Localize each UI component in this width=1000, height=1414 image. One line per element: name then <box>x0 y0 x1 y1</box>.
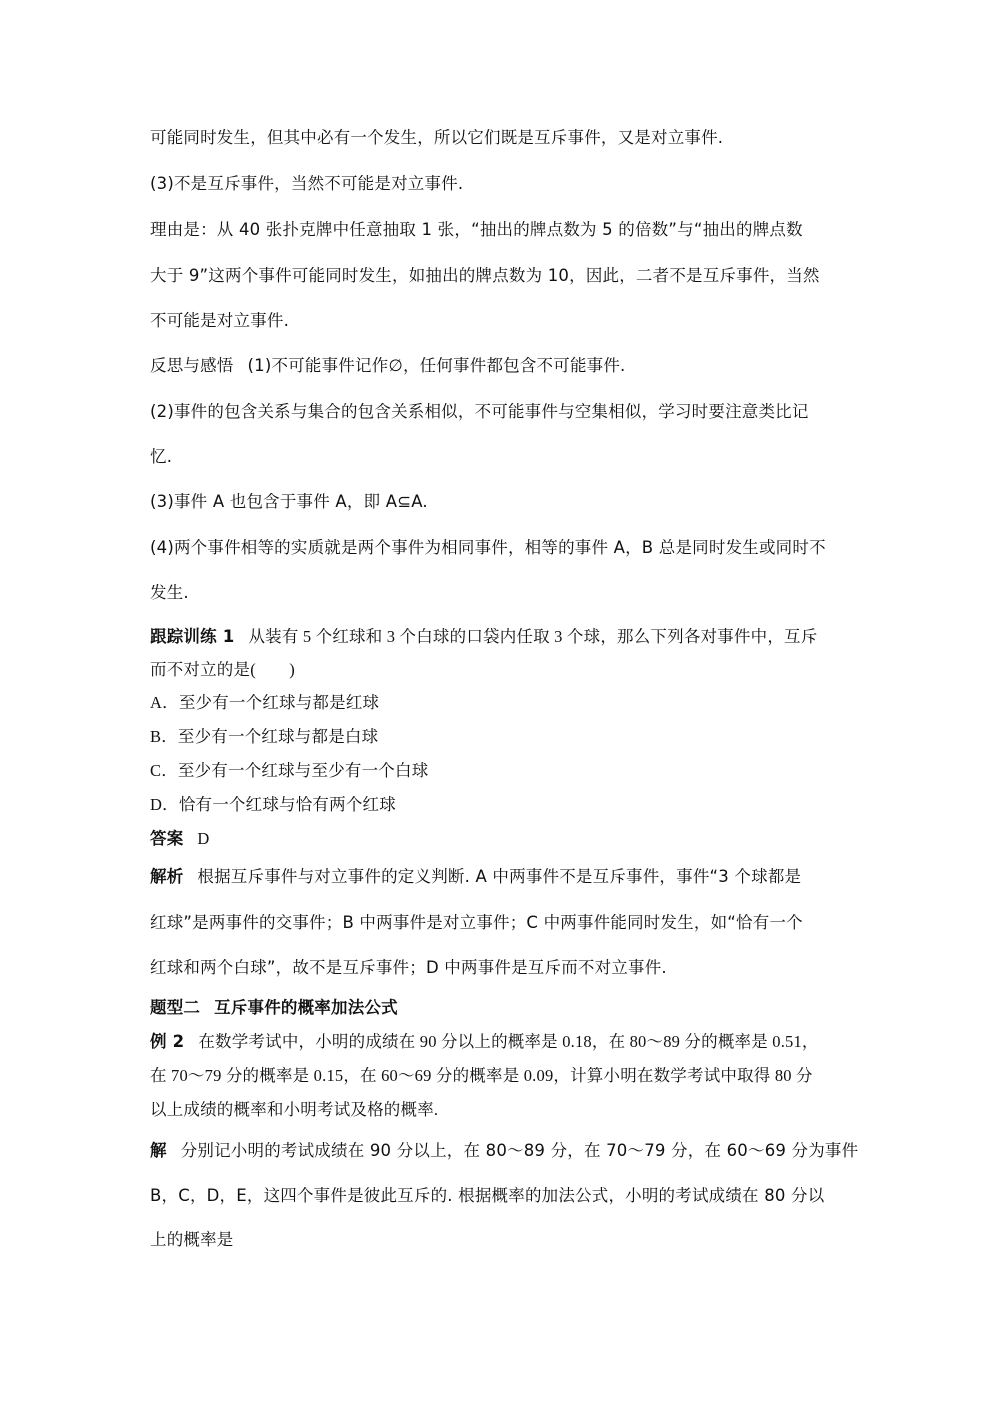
solution-line: B，C，D，E，这四个事件是彼此互斥的. 根据概率的加法公式，小明的考试成绩在 … <box>150 1185 824 1207</box>
example-text: 在数学考试中，小明的成绩在 90 分以上的概率是 0.18，在 80～89 分的… <box>198 1032 818 1051</box>
paragraph-line: (2)事件的包含关系与集合的包含关系相似，不可能事件与空集相似，学习时要注意类比… <box>150 401 809 423</box>
solution-line: 上的概率是 <box>150 1229 234 1251</box>
option-a: A．至少有一个红球与都是红球 <box>150 692 379 714</box>
example-label: 例 2 <box>150 1032 184 1051</box>
answer-label: 答案 <box>150 829 183 848</box>
option-b: B．至少有一个红球与都是白球 <box>150 726 378 748</box>
paragraph-line: (3)事件 A 也包含于事件 A，即 A⊆A. <box>150 491 428 513</box>
paragraph-line: (4)两个事件相等的实质就是两个事件为相同事件，相等的事件 A，B 总是同时发生… <box>150 537 826 559</box>
paragraph-line: 忆. <box>150 446 172 468</box>
section-title: 互斥事件的概率加法公式 <box>214 998 398 1017</box>
solution-text: 分别记小明的考试成绩在 90 分以上，在 80～89 分，在 70～79 分，在… <box>181 1141 859 1160</box>
paragraph-line: 发生. <box>150 582 189 604</box>
analysis-line: 解析根据互斥事件与对立事件的定义判断. A 中两事件不是互斥事件，事件“3 个球… <box>150 866 801 888</box>
example-line: 例 2在数学考试中，小明的成绩在 90 分以上的概率是 0.18，在 80～89… <box>150 1031 819 1053</box>
section-heading: 题型二互斥事件的概率加法公式 <box>150 997 398 1019</box>
paragraph-line: 理由是：从 40 张扑克牌中任意抽取 1 张，“抽出的牌点数为 5 的倍数”与“… <box>150 219 803 241</box>
reflection-line: 反思与感悟(1)不可能事件记作∅，任何事件都包含不可能事件. <box>150 355 626 377</box>
analysis-line: 红球”是两事件的交事件；B 中两事件是对立事件；C 中两事件能同时发生，如“恰有… <box>150 912 803 934</box>
solution-label: 解 <box>150 1141 167 1160</box>
answer-value: D <box>197 829 209 848</box>
reflection-label: 反思与感悟 <box>150 356 234 375</box>
option-c: C．至少有一个红球与至少有一个白球 <box>150 760 428 782</box>
answer-line: 答案D <box>150 828 210 850</box>
exercise-stem-2: 而不对立的是( ) <box>150 659 295 681</box>
paragraph-line: 大于 9”这两个事件可能同时发生，如抽出的牌点数为 10，因此，二者不是互斥事件… <box>150 265 820 287</box>
exercise-label: 跟踪训练 1 <box>150 627 234 646</box>
section-label: 题型二 <box>150 998 200 1017</box>
example-line: 以上成绩的概率和小明考试及格的概率. <box>150 1099 438 1121</box>
solution-line: 解分别记小明的考试成绩在 90 分以上，在 80～89 分，在 70～79 分，… <box>150 1140 858 1162</box>
exercise-stem: 跟踪训练 1从装有 5 个红球和 3 个白球的口袋内任取 3 个球，那么下列各对… <box>150 626 817 648</box>
paragraph-line: 不可能是对立事件. <box>150 310 289 332</box>
paragraph-line: (3)不是互斥事件，当然不可能是对立事件. <box>150 173 463 195</box>
reflection-text: (1)不可能事件记作∅，任何事件都包含不可能事件. <box>248 356 626 375</box>
exercise-text: 从装有 5 个红球和 3 个白球的口袋内任取 3 个球，那么下列各对事件中，互斥 <box>248 627 817 646</box>
option-d: D．恰有一个红球与恰有两个红球 <box>150 794 396 816</box>
analysis-label: 解析 <box>150 867 183 886</box>
analysis-line: 红球和两个白球”，故不是互斥事件；D 中两事件是互斥而不对立事件. <box>150 957 667 979</box>
paragraph-line: 可能同时发生，但其中必有一个发生，所以它们既是互斥事件，又是对立事件. <box>150 127 723 149</box>
example-line: 在 70～79 分的概率是 0.15，在 60～69 分的概率是 0.09，计算… <box>150 1065 813 1087</box>
analysis-text: 根据互斥事件与对立事件的定义判断. A 中两事件不是互斥事件，事件“3 个球都是 <box>197 867 801 886</box>
